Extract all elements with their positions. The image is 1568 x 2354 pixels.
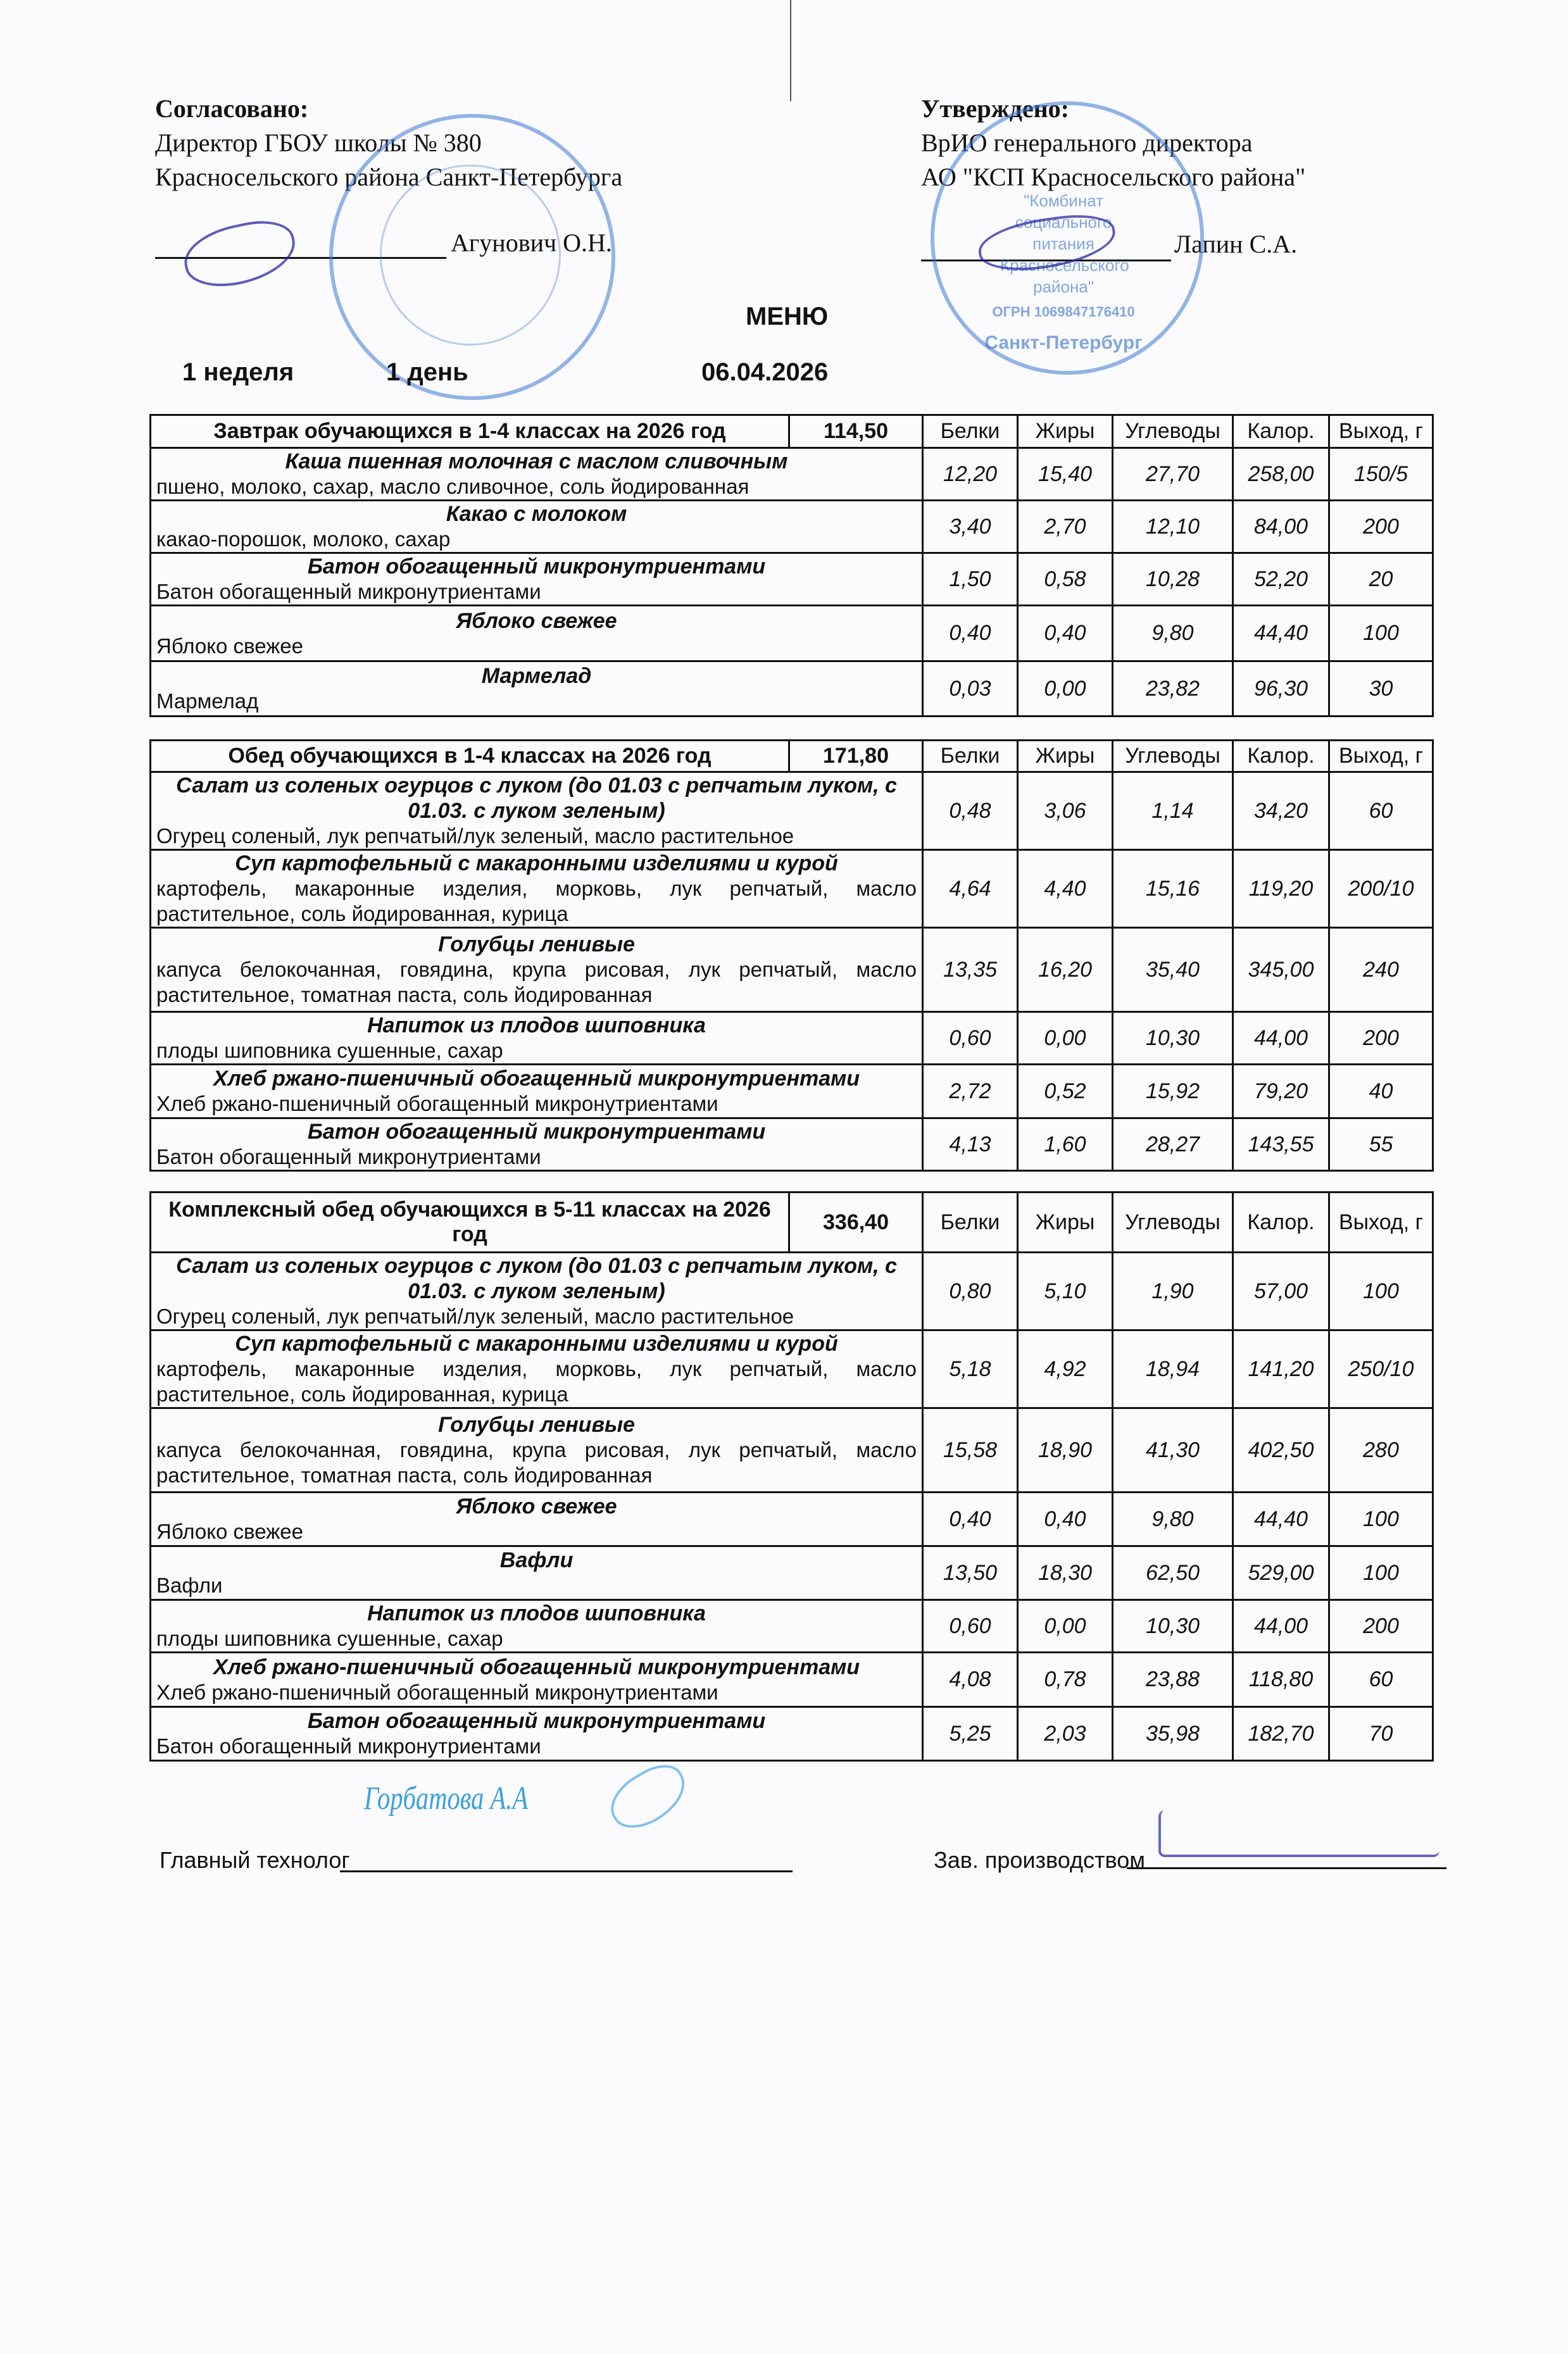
nutrient-fat: 15,40 — [1018, 448, 1113, 501]
dish-ingredients: Батон обогащенный микронутриентами — [156, 1144, 917, 1170]
dish-row: Салат из соленых огурцов с луком (до 01.… — [151, 1253, 1433, 1330]
technologist-signature — [601, 1755, 696, 1839]
column-header: Углеводы — [1113, 1193, 1233, 1253]
dish-cell: Яблоко свежееЯблоко свежее — [151, 1493, 923, 1546]
nutrient-fat: 0,00 — [1018, 1600, 1113, 1653]
nutrient-carbs: 18,94 — [1113, 1330, 1233, 1408]
stamp-company-city: Санкт-Петербург — [975, 332, 1152, 354]
dish-ingredients: Батон обогащенный микронутриентами — [156, 579, 917, 604]
dish-name: Суп картофельный с макаронными изделиями… — [156, 1331, 917, 1356]
nutrient-carbs: 23,88 — [1113, 1653, 1233, 1707]
stamp-school-inner — [380, 165, 561, 346]
column-header: Калор. — [1233, 1193, 1329, 1253]
stamp-company-ogrn: ОГРН 1069847176410 — [988, 304, 1139, 320]
dish-cell: МармеладМармелад — [151, 661, 923, 717]
dish-row: Салат из соленых огурцов с луком (до 01.… — [151, 772, 1433, 850]
dish-ingredients: Огурец соленый, лук репчатый/лук зеленый… — [156, 823, 917, 849]
dish-ingredients: картофель, макаронные изделия, морковь, … — [156, 1356, 917, 1407]
column-header: Белки — [923, 741, 1018, 772]
nutrient-protein: 0,80 — [923, 1253, 1018, 1330]
dish-ingredients: Вафли — [156, 1573, 917, 1598]
production-sign-line — [1127, 1867, 1446, 1869]
nutrient-yield: 200 — [1329, 1012, 1433, 1065]
nutrient-fat: 5,10 — [1018, 1253, 1113, 1330]
section-price: 171,80 — [789, 741, 923, 772]
dish-cell: Какао с молокомкакао-порошок, молоко, са… — [151, 501, 923, 553]
dish-cell: Каша пшенная молочная с маслом сливочным… — [151, 448, 923, 501]
nutrient-kcal: 57,00 — [1233, 1253, 1329, 1330]
dish-row: Хлеб ржано-пшеничный обогащенный микрону… — [151, 1653, 1433, 1707]
nutrient-yield: 200 — [1329, 1600, 1433, 1653]
nutrient-kcal: 529,00 — [1233, 1546, 1329, 1600]
nutrient-carbs: 9,80 — [1113, 606, 1233, 661]
dish-ingredients: плоды шиповника сушенные, сахар — [156, 1038, 917, 1063]
dish-row: Батон обогащенный микронутриентамиБатон … — [151, 1118, 1433, 1171]
nutrient-kcal: 52,20 — [1233, 553, 1329, 606]
nutrient-protein: 1,50 — [923, 553, 1018, 606]
nutrient-yield: 40 — [1329, 1065, 1433, 1118]
nutrient-kcal: 44,40 — [1233, 606, 1329, 661]
nutrient-carbs: 1,14 — [1113, 772, 1233, 850]
dish-name: Каша пшенная молочная с маслом сливочным — [156, 449, 917, 474]
dish-name: Яблоко свежее — [156, 608, 917, 634]
section-header-row: Обед обучающихся в 1-4 классах на 2026 г… — [151, 741, 1433, 772]
nutrient-fat: 0,40 — [1018, 606, 1113, 661]
nutrient-kcal: 345,00 — [1233, 928, 1329, 1012]
nutrient-protein: 0,40 — [923, 606, 1018, 661]
column-header: Жиры — [1018, 741, 1113, 772]
dish-name: Напиток из плодов шиповника — [156, 1601, 917, 1626]
section-price: 336,40 — [789, 1193, 923, 1253]
dish-row: Суп картофельный с макаронными изделиями… — [151, 850, 1433, 928]
nutrient-carbs: 28,27 — [1113, 1118, 1233, 1171]
nutrient-yield: 150/5 — [1329, 448, 1433, 501]
nutrient-yield: 100 — [1329, 1546, 1433, 1600]
dish-cell: Напиток из плодов шиповникаплоды шиповни… — [151, 1600, 923, 1653]
production-signature — [1158, 1810, 1439, 1857]
nutrient-carbs: 12,10 — [1113, 501, 1233, 553]
dish-name: Напиток из плодов шиповника — [156, 1013, 917, 1038]
nutrient-protein: 13,35 — [923, 928, 1018, 1012]
dish-row: Каша пшенная молочная с маслом сливочным… — [151, 448, 1433, 501]
nutrient-carbs: 35,40 — [1113, 928, 1233, 1012]
dish-row: Голубцы ленивыекапуса белокочанная, говя… — [151, 1408, 1433, 1493]
nutrient-fat: 0,78 — [1018, 1653, 1113, 1707]
menu-week: 1 неделя — [182, 358, 294, 387]
nutrient-carbs: 10,30 — [1113, 1012, 1233, 1065]
dish-name: Вафли — [156, 1548, 917, 1573]
nutrient-carbs: 35,98 — [1113, 1707, 1233, 1761]
nutrient-kcal: 79,20 — [1233, 1065, 1329, 1118]
dish-ingredients: Яблоко свежее — [156, 1519, 917, 1544]
column-header: Белки — [923, 415, 1018, 448]
menu-day: 1 день — [386, 358, 468, 387]
dish-ingredients: Огурец соленый, лук репчатый/лук зеленый… — [156, 1304, 917, 1329]
column-header: Углеводы — [1113, 415, 1233, 448]
nutrient-fat: 3,06 — [1018, 772, 1113, 850]
dish-cell: Суп картофельный с макаронными изделиями… — [151, 1330, 923, 1408]
section-header-row: Комплексный обед обучающихся в 5-11 клас… — [151, 1193, 1433, 1253]
dish-name: Батон обогащенный микронутриентами — [156, 1708, 917, 1734]
dish-name: Батон обогащенный микронутриентами — [156, 554, 917, 579]
menu-date: 06.04.2026 — [701, 358, 828, 387]
column-header: Выход, г — [1329, 741, 1433, 772]
nutrient-protein: 2,72 — [923, 1065, 1018, 1118]
nutrient-protein: 3,40 — [923, 501, 1018, 553]
dish-cell: Хлеб ржано-пшеничный обогащенный микрону… — [151, 1653, 923, 1707]
dish-ingredients: Яблоко свежее — [156, 634, 917, 659]
nutrient-carbs: 15,92 — [1113, 1065, 1233, 1118]
section-title: Комплексный обед обучающихся в 5-11 клас… — [151, 1193, 789, 1253]
dish-name: Хлеб ржано-пшеничный обогащенный микрону… — [156, 1655, 917, 1680]
nutrient-carbs: 10,30 — [1113, 1600, 1233, 1653]
dish-ingredients: какао-порошок, молоко, сахар — [156, 527, 917, 552]
dish-ingredients: Мармелад — [156, 689, 917, 714]
section-price: 114,50 — [789, 415, 923, 448]
nutrient-kcal: 44,40 — [1233, 1493, 1329, 1546]
nutrient-yield: 200/10 — [1329, 850, 1433, 928]
dish-row: Голубцы ленивыекапуса белокочанная, говя… — [151, 928, 1433, 1012]
dish-ingredients: плоды шиповника сушенные, сахар — [156, 1626, 917, 1651]
nutrient-kcal: 402,50 — [1233, 1408, 1329, 1493]
dish-ingredients: капуса белокочанная, говядина, крупа рис… — [156, 1437, 917, 1488]
dish-cell: Батон обогащенный микронутриентамиБатон … — [151, 1118, 923, 1171]
menu-section-table: Обед обучающихся в 1-4 классах на 2026 г… — [149, 739, 1434, 1172]
nutrient-fat: 18,30 — [1018, 1546, 1113, 1600]
dish-ingredients: картофель, макаронные изделия, морковь, … — [156, 876, 917, 927]
dish-row: Батон обогащенный микронутриентамиБатон … — [151, 1707, 1433, 1761]
dish-cell: Хлеб ржано-пшеничный обогащенный микрону… — [151, 1065, 923, 1118]
nutrient-fat: 0,00 — [1018, 661, 1113, 717]
dish-name: Суп картофельный с макаронными изделиями… — [156, 851, 917, 876]
menu-section-table: Комплексный обед обучающихся в 5-11 клас… — [149, 1191, 1434, 1762]
dish-row: Хлеб ржано-пшеничный обогащенный микрону… — [151, 1065, 1433, 1118]
nutrient-protein: 0,40 — [923, 1493, 1018, 1546]
dish-cell: Салат из соленых огурцов с луком (до 01.… — [151, 1253, 923, 1330]
nutrient-yield: 250/10 — [1329, 1330, 1433, 1408]
nutrient-yield: 55 — [1329, 1118, 1433, 1171]
nutrient-kcal: 96,30 — [1233, 661, 1329, 717]
nutrient-yield: 60 — [1329, 772, 1433, 850]
nutrient-fat: 2,70 — [1018, 501, 1113, 553]
nutrient-kcal: 141,20 — [1233, 1330, 1329, 1408]
column-header: Выход, г — [1329, 1193, 1433, 1253]
dish-cell: Напиток из плодов шиповникаплоды шиповни… — [151, 1012, 923, 1065]
nutrient-protein: 0,60 — [923, 1600, 1018, 1653]
dish-cell: Голубцы ленивыекапуса белокочанная, говя… — [151, 928, 923, 1012]
dish-cell: Батон обогащенный микронутриентамиБатон … — [151, 1707, 923, 1761]
dish-row: ВафлиВафли13,5018,3062,50529,00100 — [151, 1546, 1433, 1600]
nutrient-carbs: 62,50 — [1113, 1546, 1233, 1600]
menu-section-table: Завтрак обучающихся в 1-4 классах на 202… — [149, 414, 1434, 717]
dish-cell: Салат из соленых огурцов с луком (до 01.… — [151, 772, 923, 850]
nutrient-kcal: 84,00 — [1233, 501, 1329, 553]
dish-row: Яблоко свежееЯблоко свежее0,400,409,8044… — [151, 606, 1433, 661]
nutrient-fat: 0,00 — [1018, 1012, 1113, 1065]
nutrient-protein: 0,03 — [923, 661, 1018, 717]
nutrient-yield: 30 — [1329, 661, 1433, 717]
nutrient-carbs: 27,70 — [1113, 448, 1233, 501]
nutrient-kcal: 119,20 — [1233, 850, 1329, 928]
dish-name: Хлеб ржано-пшеничный обогащенный микрону… — [156, 1066, 917, 1091]
dish-name: Мармелад — [156, 663, 917, 689]
nutrient-fat: 0,40 — [1018, 1493, 1113, 1546]
nutrient-protein: 15,58 — [923, 1408, 1018, 1493]
dish-cell: Суп картофельный с макаронными изделиями… — [151, 850, 923, 928]
nutrient-fat: 0,52 — [1018, 1065, 1113, 1118]
column-header: Жиры — [1018, 1193, 1113, 1253]
nutrient-fat: 4,40 — [1018, 850, 1113, 928]
nutrient-fat: 4,92 — [1018, 1330, 1113, 1408]
dish-ingredients: пшено, молоко, сахар, масло сливочное, с… — [156, 474, 917, 499]
dish-cell: Батон обогащенный микронутриентамиБатон … — [151, 553, 923, 606]
menu-title: МЕНЮ — [746, 303, 828, 331]
dish-name: Салат из соленых огурцов с луком (до 01.… — [156, 773, 917, 823]
column-header: Калор. — [1233, 741, 1329, 772]
nutrient-protein: 0,60 — [923, 1012, 1018, 1065]
nutrient-fat: 16,20 — [1018, 928, 1113, 1012]
dish-name: Какао с молоком — [156, 501, 917, 527]
dish-row: Напиток из плодов шиповникаплоды шиповни… — [151, 1600, 1433, 1653]
nutrient-protein: 5,18 — [923, 1330, 1018, 1408]
dish-name: Голубцы ленивые — [156, 1412, 917, 1437]
dish-cell: ВафлиВафли — [151, 1546, 923, 1600]
column-header: Белки — [923, 1193, 1018, 1253]
technologist-label: Главный технолог — [160, 1847, 349, 1874]
nutrient-fat: 1,60 — [1018, 1118, 1113, 1171]
nutrient-carbs: 23,82 — [1113, 661, 1233, 717]
dish-name: Салат из соленых огурцов с луком (до 01.… — [156, 1253, 917, 1304]
dish-cell: Голубцы ленивыекапуса белокочанная, говя… — [151, 1408, 923, 1493]
nutrient-fat: 0,58 — [1018, 553, 1113, 606]
nutrient-kcal: 44,00 — [1233, 1012, 1329, 1065]
nutrient-kcal: 258,00 — [1233, 448, 1329, 501]
nutrient-protein: 4,08 — [923, 1653, 1018, 1707]
column-header: Углеводы — [1113, 741, 1233, 772]
nutrient-fat: 18,90 — [1018, 1408, 1113, 1493]
nutrient-yield: 100 — [1329, 1493, 1433, 1546]
nutrient-kcal: 182,70 — [1233, 1707, 1329, 1761]
nutrient-yield: 240 — [1329, 928, 1433, 1012]
dish-ingredients: капуса белокочанная, говядина, крупа рис… — [156, 957, 917, 1008]
nutrient-yield: 280 — [1329, 1408, 1433, 1493]
nutrient-carbs: 1,90 — [1113, 1253, 1233, 1330]
nutrient-carbs: 10,28 — [1113, 553, 1233, 606]
production-label: Зав. производством — [934, 1847, 1145, 1874]
nutrient-carbs: 9,80 — [1113, 1493, 1233, 1546]
nutrient-protein: 0,48 — [923, 772, 1018, 850]
dish-row: Яблоко свежееЯблоко свежее0,400,409,8044… — [151, 1493, 1433, 1546]
dish-name: Батон обогащенный микронутриентами — [156, 1119, 917, 1144]
nutrient-carbs: 41,30 — [1113, 1408, 1233, 1493]
nutrient-yield: 60 — [1329, 1653, 1433, 1707]
dish-ingredients: Хлеб ржано-пшеничный обогащенный микрону… — [156, 1680, 917, 1705]
dish-name: Голубцы ленивые — [156, 932, 917, 957]
nutrient-kcal: 44,00 — [1233, 1600, 1329, 1653]
nutrient-yield: 70 — [1329, 1707, 1433, 1761]
nutrient-fat: 2,03 — [1018, 1707, 1113, 1761]
technologist-sign-line — [340, 1870, 793, 1872]
nutrient-kcal: 143,55 — [1233, 1118, 1329, 1171]
approval-left-title: Согласовано: — [155, 92, 622, 126]
section-title: Завтрак обучающихся в 1-4 классах на 202… — [151, 415, 789, 448]
nutrient-kcal: 118,80 — [1233, 1653, 1329, 1707]
section-title: Обед обучающихся в 1-4 классах на 2026 г… — [151, 741, 789, 772]
column-header: Жиры — [1018, 415, 1113, 448]
nutrient-yield: 100 — [1329, 606, 1433, 661]
nutrient-yield: 100 — [1329, 1253, 1433, 1330]
signature-left — [179, 214, 301, 295]
section-header-row: Завтрак обучающихся в 1-4 классах на 202… — [151, 415, 1433, 448]
column-header: Калор. — [1233, 415, 1329, 448]
nutrient-protein: 4,64 — [923, 850, 1018, 928]
nutrient-yield: 200 — [1329, 501, 1433, 553]
dish-ingredients: Хлеб ржано-пшеничный обогащенный микрону… — [156, 1091, 917, 1117]
dish-ingredients: Батон обогащенный микронутриентами — [156, 1734, 917, 1759]
page-fold-line — [790, 0, 791, 101]
dish-row: МармеладМармелад0,030,0023,8296,3030 — [151, 661, 1433, 717]
nutrient-yield: 20 — [1329, 553, 1433, 606]
nutrient-protein: 13,50 — [923, 1546, 1018, 1600]
dish-row: Батон обогащенный микронутриентамиБатон … — [151, 553, 1433, 606]
nutrient-protein: 5,25 — [923, 1707, 1018, 1761]
dish-row: Напиток из плодов шиповникаплоды шиповни… — [151, 1012, 1433, 1065]
nutrient-kcal: 34,20 — [1233, 772, 1329, 850]
nutrient-carbs: 15,16 — [1113, 850, 1233, 928]
dish-row: Какао с молокомкакао-порошок, молоко, са… — [151, 501, 1433, 553]
dish-cell: Яблоко свежееЯблоко свежее — [151, 606, 923, 661]
column-header: Выход, г — [1329, 415, 1433, 448]
nutrient-protein: 12,20 — [923, 448, 1018, 501]
dish-name: Яблоко свежее — [156, 1494, 917, 1519]
nutrient-protein: 4,13 — [923, 1118, 1018, 1171]
dish-row: Суп картофельный с макаронными изделиями… — [151, 1330, 1433, 1408]
technologist-stamp: Горбатова А.А — [364, 1780, 528, 1817]
